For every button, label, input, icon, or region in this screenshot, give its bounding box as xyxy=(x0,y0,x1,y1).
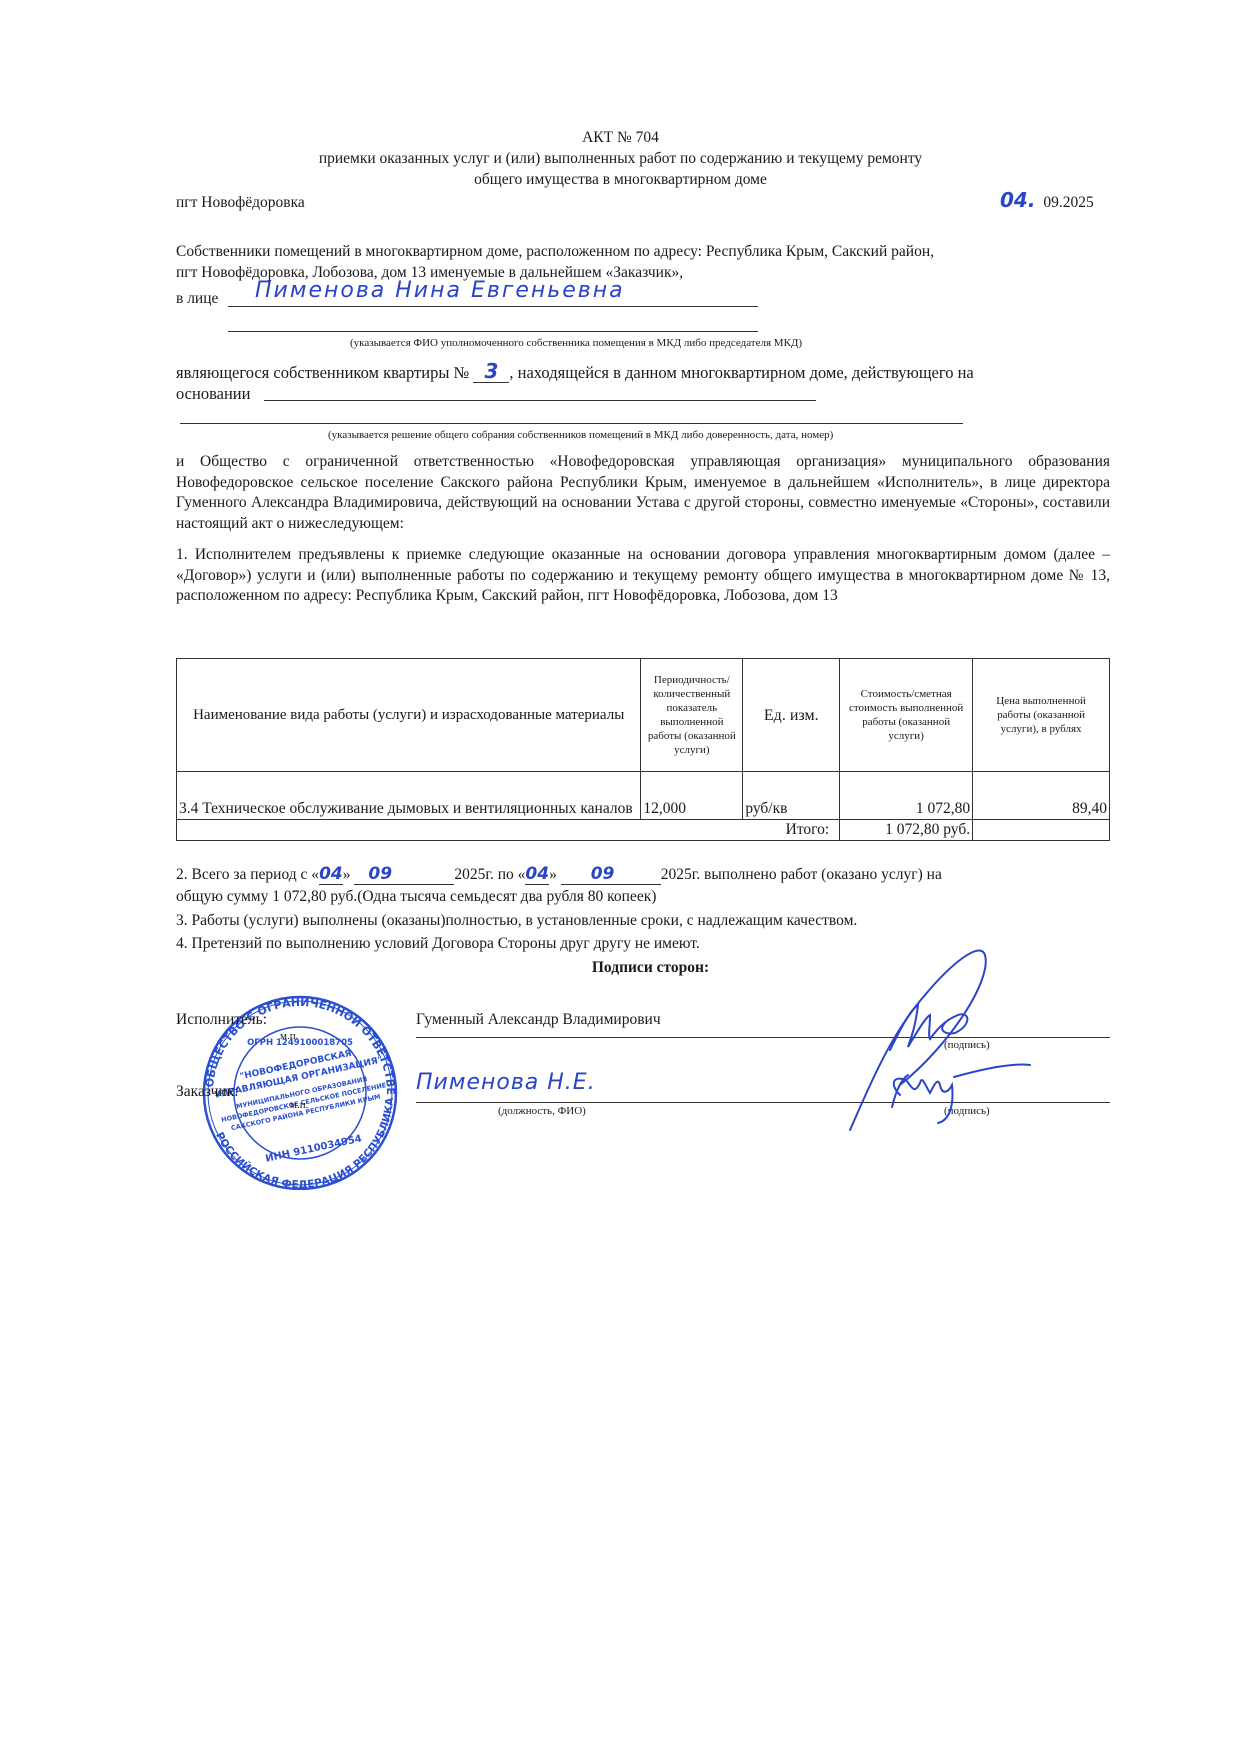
clause-4: 4. Претензий по выполнению условий Догов… xyxy=(176,934,700,954)
clause-2-mid2: » xyxy=(549,866,557,883)
row-work-name: 3.4 Техническое обслуживание дымовых и в… xyxy=(177,772,641,820)
row-cost: 1 072,80 xyxy=(840,772,973,820)
act-title: АКТ № 704 xyxy=(0,127,1241,148)
signature-strokes-icon xyxy=(830,935,1070,1135)
owner-text-before: являющегося собственником квартиры № xyxy=(176,363,469,382)
stamp-place-1: м.п. xyxy=(280,1029,298,1043)
basis-underline xyxy=(264,400,816,401)
period-from-day: 04 xyxy=(319,864,343,885)
date-rest: 09.2025 xyxy=(1043,194,1093,211)
basis-underline-2 xyxy=(180,423,963,424)
total-label: Итого: xyxy=(177,820,840,841)
owner-text-after: , находящейся в данном многоквартирном д… xyxy=(509,363,973,382)
fio-hint: (указывается ФИО уполномоченного собстве… xyxy=(350,336,802,350)
basis-hint: (указывается решение общего собрания соб… xyxy=(328,428,833,442)
customer-intro-line1: Собственники помещений в многоквартирном… xyxy=(176,242,1116,262)
clause-2-mid1: » xyxy=(343,866,351,883)
clause-1: 1. Исполнителем предъявлены к приемке сл… xyxy=(176,545,1110,607)
clause-2-year2: 2025г. выполнено работ (оказано услуг) н… xyxy=(661,866,942,883)
period-from-month: 09 xyxy=(354,864,454,885)
apartment-number: 3 xyxy=(473,361,509,383)
works-table: Наименование вида работы (услуги) и изра… xyxy=(176,658,1110,841)
clause-3: 3. Работы (услуги) выполнены (оказаны)по… xyxy=(176,911,857,931)
clause-2-year1: 2025г. по « xyxy=(454,866,525,883)
header-price: Цена выполненной работы (оказанной услуг… xyxy=(973,659,1110,772)
row-unit: руб/кв xyxy=(743,772,840,820)
act-subtitle-line2: общего имущества в многоквартирном доме xyxy=(0,169,1241,190)
place: пгт Новофёдоровка xyxy=(176,193,305,213)
stamp-place-2: м.п. xyxy=(290,1098,308,1112)
total-value: 1 072,80 руб. xyxy=(840,820,973,841)
svg-text:ОГРН 1249100018705: ОГРН 1249100018705 xyxy=(247,1038,353,1048)
period-to-day: 04 xyxy=(525,864,549,885)
table-header-row: Наименование вида работы (услуги) и изра… xyxy=(177,659,1110,772)
header-work-name: Наименование вида работы (услуги) и изра… xyxy=(177,659,641,772)
act-subtitle-line1: приемки оказанных услуг и (или) выполнен… xyxy=(0,148,1241,169)
in-person-label: в лице xyxy=(176,289,218,309)
header-unit: Ед. изм. xyxy=(743,659,840,772)
row-quantity: 12,000 xyxy=(641,772,743,820)
executor-name: Гуменный Александр Владимирович xyxy=(416,1010,661,1030)
customer-handwritten-name: Пименова Н.Е. xyxy=(416,1070,596,1095)
table-total-row: Итого: 1 072,80 руб. xyxy=(177,820,1110,841)
customer-label: Заказчик: xyxy=(176,1082,239,1102)
header-quantity: Периодичность/ количественный показатель… xyxy=(641,659,743,772)
basis-label: основании xyxy=(176,383,250,404)
row-price: 89,40 xyxy=(973,772,1110,820)
header-cost: Стоимость/сметная стоимость выполненной … xyxy=(840,659,973,772)
clause-2-prefix: 2. Всего за период с « xyxy=(176,866,319,883)
in-person-underline-2 xyxy=(228,331,758,332)
executor-paragraph: и Общество с ограниченной ответственност… xyxy=(176,452,1110,534)
date: 04. 09.2025 xyxy=(1000,190,1094,213)
in-person-underline xyxy=(228,306,758,307)
svg-text:ИНН 9110034954: ИНН 9110034954 xyxy=(264,1133,362,1164)
owner-line: являющегося собственником квартиры № 3, … xyxy=(176,361,974,383)
date-day-handwritten: 04. xyxy=(1000,188,1035,212)
table-row: 3.4 Техническое обслуживание дымовых и в… xyxy=(177,772,1110,820)
executor-label: Исполнитель: xyxy=(176,1010,267,1030)
total-empty xyxy=(973,820,1110,841)
period-to-month: 09 xyxy=(561,864,661,885)
in-person-handwritten-name: Пименова Нина Евгеньевна xyxy=(255,278,625,303)
clause-2-line2: общую сумму 1 072,80 руб.(Одна тысяча се… xyxy=(176,887,656,907)
clause-2-line1: 2. Всего за период с «04» 092025г. по «0… xyxy=(176,864,942,885)
customer-position-hint: (должность, ФИО) xyxy=(498,1104,586,1118)
